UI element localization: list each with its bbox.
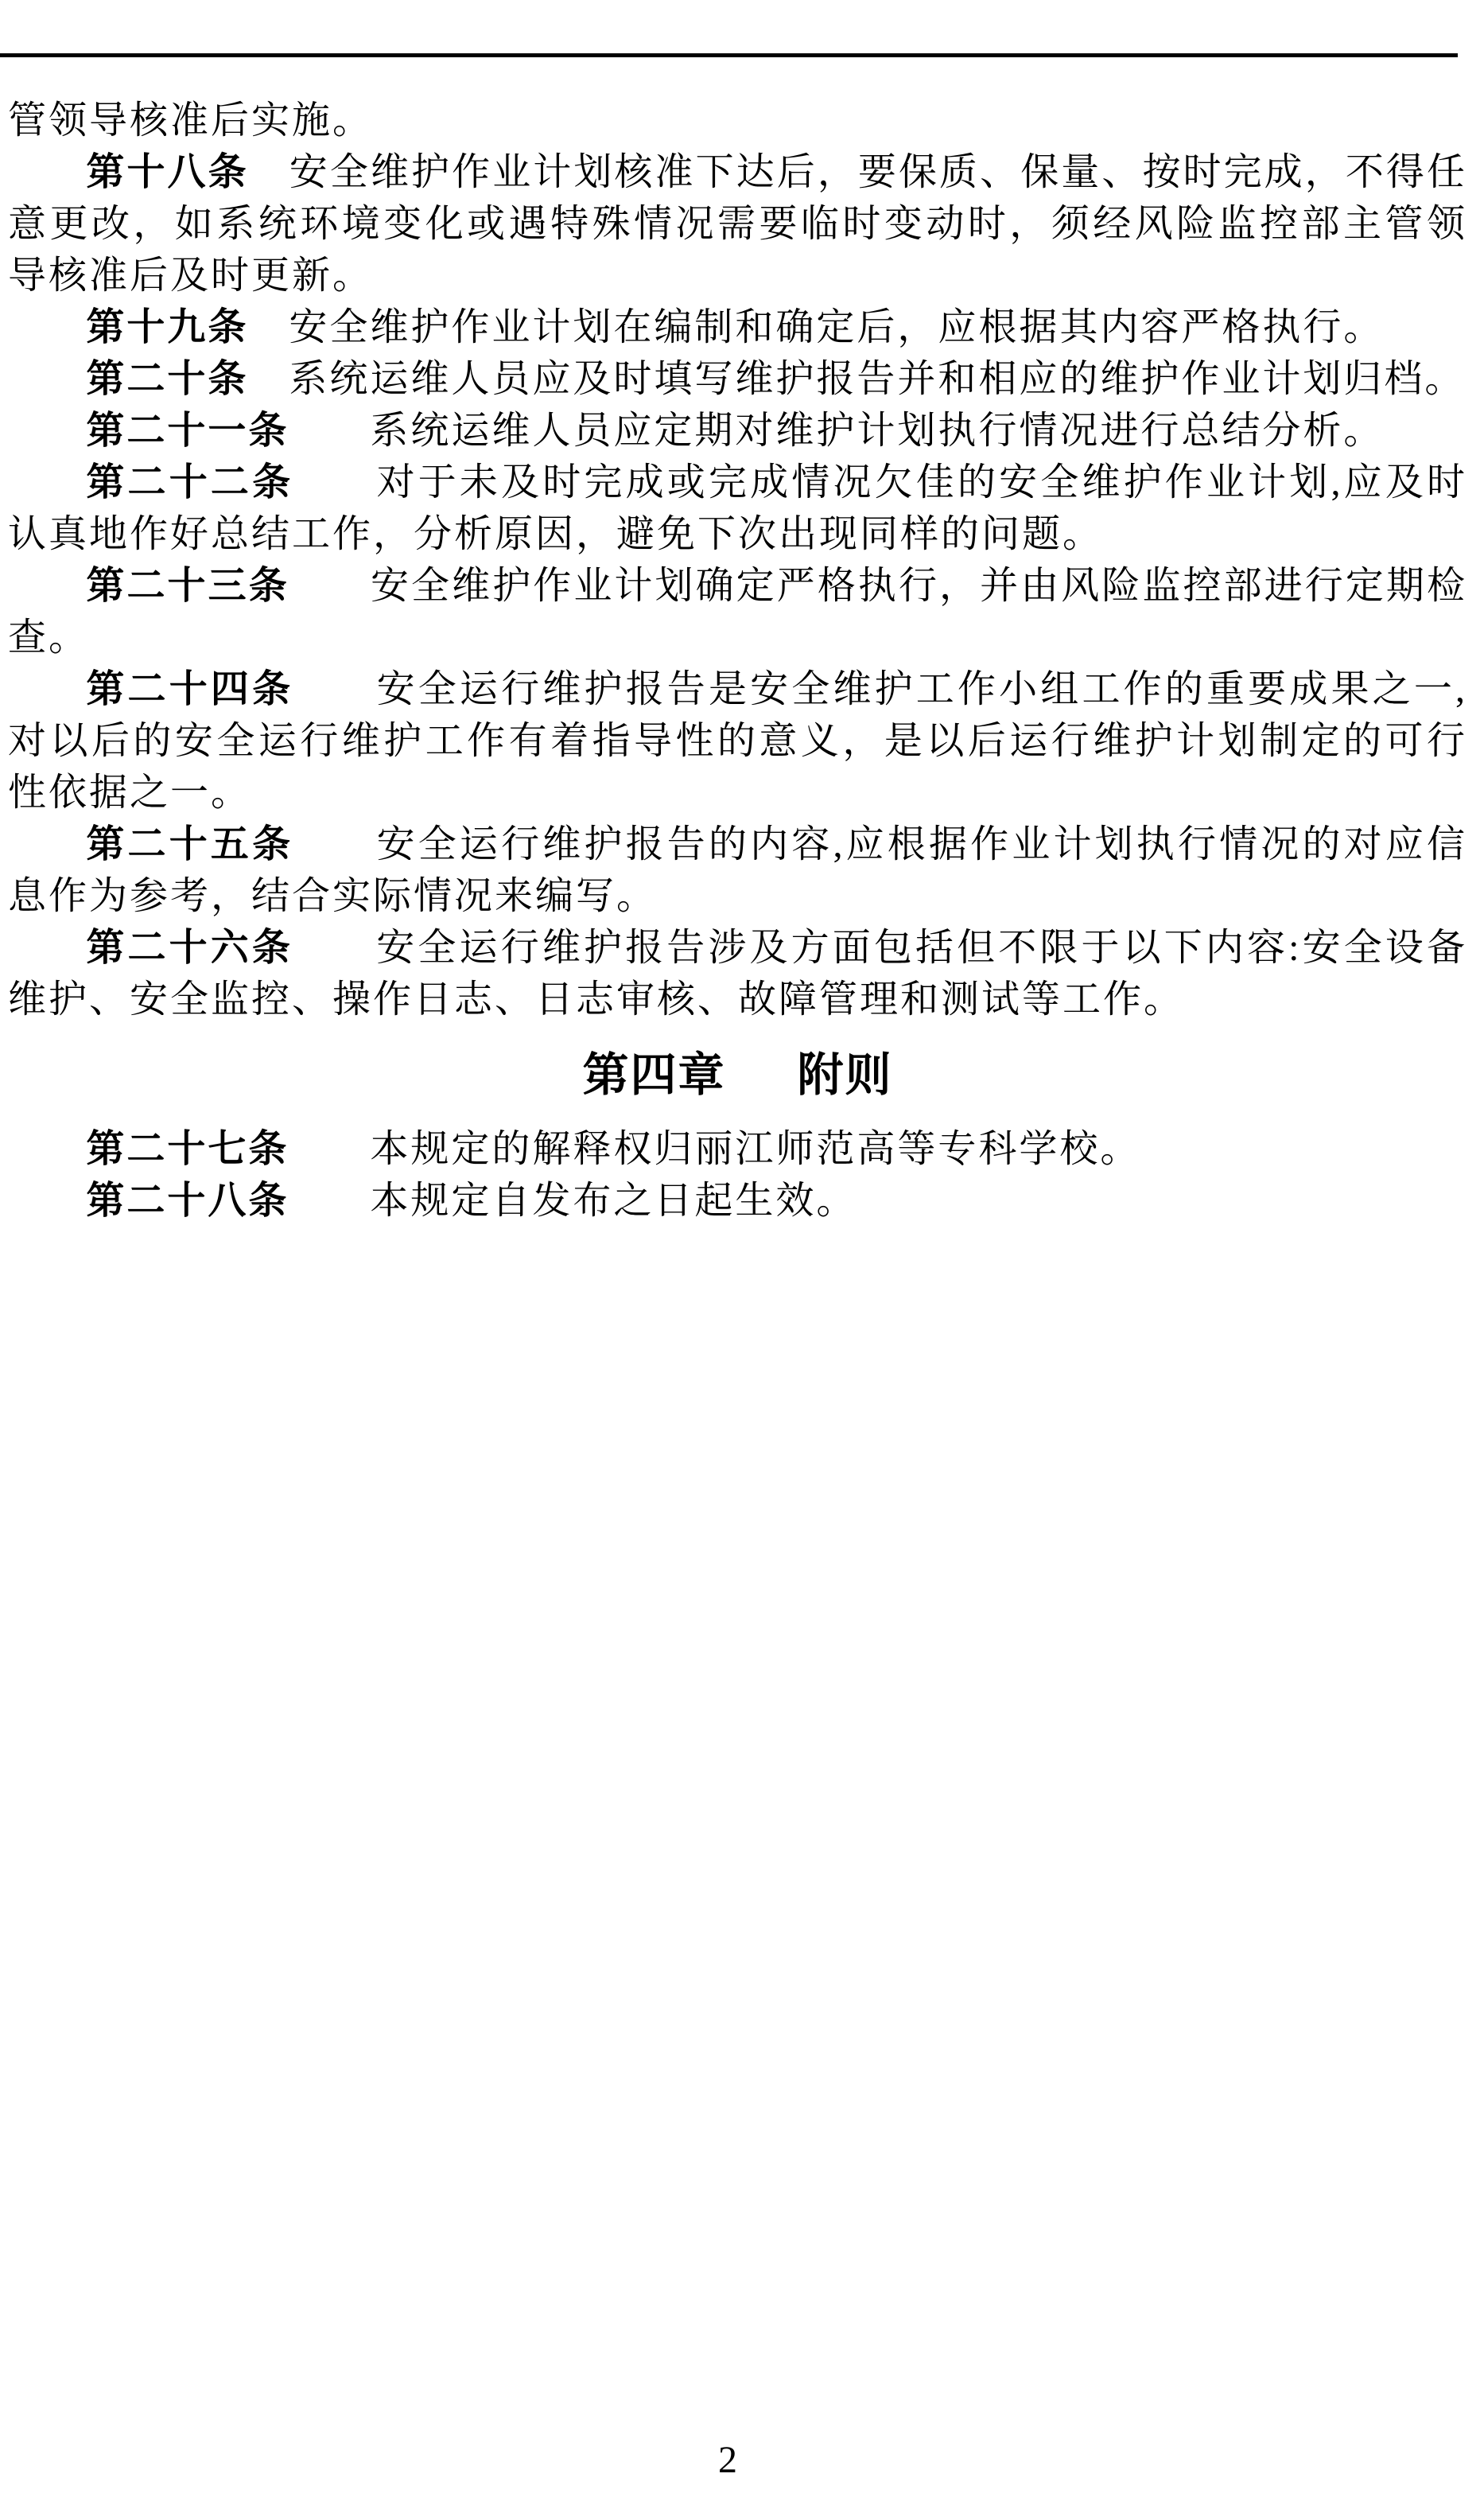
- article-number: 第十八条: [86, 151, 248, 193]
- article-paragraph: 第二十八条 本规定自发布之日起生效。: [8, 1175, 1467, 1227]
- article-paragraph: 第十八条 安全维护作业计划核准下达后，要保质、保量、按时完成，不得任意更改，如系…: [8, 146, 1467, 301]
- article-number: 第二十六条: [86, 927, 293, 969]
- article-text: 安全维护作业计划在编制和确定后，应根据其内容严格执行。: [248, 306, 1384, 348]
- chapter-title: 附则: [798, 1049, 893, 1101]
- article-number: 第二十四条: [86, 668, 293, 710]
- article-text: 系统运维人员应及时填写维护报告并和相应的维护作业计划归档。: [248, 358, 1465, 400]
- paragraph-continuation: 管领导核准后实施。: [8, 95, 1467, 146]
- page-number: 2: [0, 2440, 1455, 2480]
- article-text: 本规定自发布之日起生效。: [289, 1180, 857, 1222]
- article-text: 本规定的解释权归丽江师范高等专科学校。: [289, 1128, 1140, 1170]
- chapter-number: 第四章: [582, 1049, 725, 1101]
- article-paragraph: 第二十七条 本规定的解释权归丽江师范高等专科学校。: [8, 1123, 1467, 1175]
- header-divider: [0, 53, 1458, 57]
- article-paragraph: 第二十条 系统运维人员应及时填写维护报告并和相应的维护作业计划归档。: [8, 353, 1467, 405]
- article-number: 第二十条: [86, 358, 248, 400]
- article-number: 第十九条: [86, 306, 248, 348]
- chapter-heading: 第四章附则: [8, 1049, 1467, 1101]
- document-page: 管领导核准后实施。 第十八条 安全维护作业计划核准下达后，要保质、保量、按时完成…: [0, 0, 1484, 2493]
- article-paragraph: 第二十四条 安全运行维护报告是安全维护工作小组工作的重要成果之一,对以后的安全运…: [8, 663, 1467, 819]
- article-number: 第二十五条: [86, 823, 293, 865]
- article-paragraph: 第二十六条 安全运行维护报告涉及方面包括但不限于以下内容:安全设备维护、安全监控…: [8, 922, 1467, 1025]
- article-text: 系统运维人员应定期对维护计划执行情况进行总结分析。: [289, 410, 1384, 452]
- article-paragraph: 第二十三条 安全维护作业计划确定严格执行，并由风险监控部进行定期检查。: [8, 560, 1467, 663]
- article-number: 第二十八条: [86, 1180, 289, 1222]
- article-paragraph: 第十九条 安全维护作业计划在编制和确定后，应根据其内容严格执行。: [8, 301, 1467, 353]
- article-number: 第二十二条: [86, 461, 293, 504]
- article-number: 第二十七条: [86, 1128, 289, 1170]
- article-number: 第二十三条: [86, 565, 289, 607]
- article-paragraph: 第二十一条 系统运维人员应定期对维护计划执行情况进行总结分析。: [8, 405, 1467, 457]
- article-number: 第二十一条: [86, 410, 289, 452]
- page-body: 管领导核准后实施。 第十八条 安全维护作业计划核准下达后，要保质、保量、按时完成…: [8, 95, 1467, 1227]
- article-paragraph: 第二十五条 安全运行维护报告的内容,应根据作业计划执行情况的对应信息作为参考，结…: [8, 819, 1467, 922]
- article-paragraph: 第二十二条 对于未及时完成或完成情况欠佳的安全维护作业计划,应及时认真地作好总结…: [8, 457, 1467, 560]
